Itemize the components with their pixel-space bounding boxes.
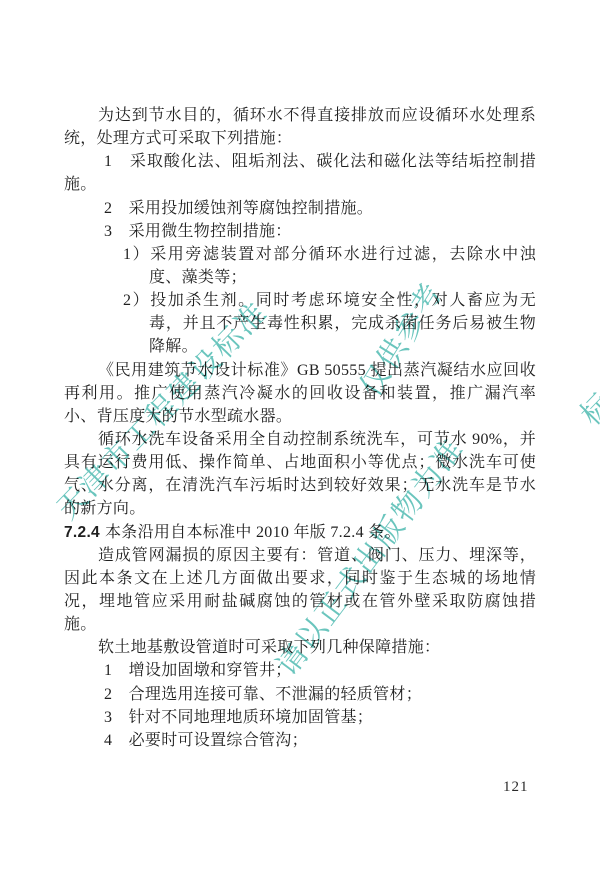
text-line: 小、背压度大的节水型疏水器。 (64, 405, 536, 428)
text-line: 因此本条文在上述几方面做出要求，同时鉴于生态城的场地情 (64, 567, 536, 590)
text-line: 气、水分离，在清洗汽车污垢时达到较好效果；无水洗车是节水 (64, 474, 536, 497)
text-line: 1 采取酸化法、阻垢剂法、碳化法和磁化法等结垢控制措 (104, 150, 536, 173)
text-line: 度、藻类等； (149, 266, 536, 289)
clause-heading-line: 7.2.4本条沿用自本标准中 2010 年版 7.2.4 条。 (64, 521, 536, 544)
text-line: 为达到节水目的，循环水不得直接排放而应设循环水处理系 (98, 104, 536, 127)
text-line: 1）采用旁滤装置对部分循环水进行过滤，去除水中浊 (123, 243, 536, 266)
text-line: 具有运行费用低、操作简单、占地面积小等优点；微水洗车可使 (64, 451, 536, 474)
watermark-edge-fragment: 标准 (568, 357, 600, 434)
text-line: 造成管网漏损的原因主要有：管道、阀门、压力、埋深等， (98, 544, 536, 567)
text-line: 2 采用投加缓蚀剂等腐蚀控制措施。 (104, 197, 536, 220)
document-page: 为达到节水目的，循环水不得直接排放而应设循环水处理系统，处理方式可采取下列措施：… (0, 0, 600, 869)
text-line: 毒，并且不产生毒性积累，完成杀菌任务后易被生物 (149, 312, 536, 335)
text-line: 的新方向。 (64, 497, 536, 520)
text-line: 施。 (64, 613, 536, 636)
page-body-text: 为达到节水目的，循环水不得直接排放而应设循环水处理系统，处理方式可采取下列措施：… (64, 104, 536, 752)
text-line: 况，埋地管应采用耐盐碱腐蚀的管材或在管外壁采取防腐蚀措 (64, 590, 536, 613)
text-line: 施。 (64, 173, 536, 196)
clause-text: 本条沿用自本标准中 2010 年版 7.2.4 条。 (105, 524, 401, 541)
clause-number: 7.2.4 (64, 524, 100, 541)
text-line: 降解。 (149, 335, 536, 358)
text-line: 4 必要时可设置综合管沟； (104, 729, 536, 752)
text-line: 2）投加杀生剂。同时考虑环境安全性，对人畜应为无 (123, 289, 536, 312)
text-line: 3 采用微生物控制措施： (104, 220, 536, 243)
text-line: 2 合理选用连接可靠、不泄漏的轻质管材； (104, 683, 536, 706)
text-line: 3 针对不同地理地质环境加固管基； (104, 706, 536, 729)
text-line: 软土地基敷设管道时可采取下列几种保障措施： (98, 636, 536, 659)
text-line: 1 增设加固墩和穿管井； (104, 659, 536, 682)
text-line: 再利用。推广使用蒸汽冷凝水的回收设备和装置，推广漏汽率 (64, 382, 536, 405)
text-line: 《民用建筑节水设计标准》GB 50555 提出蒸汽凝结水应回收 (98, 359, 536, 382)
text-line: 循环水洗车设备采用全自动控制系统洗车，可节水 90%，并 (98, 428, 536, 451)
page-number: 121 (503, 779, 529, 796)
text-line: 统，处理方式可采取下列措施： (64, 127, 536, 150)
